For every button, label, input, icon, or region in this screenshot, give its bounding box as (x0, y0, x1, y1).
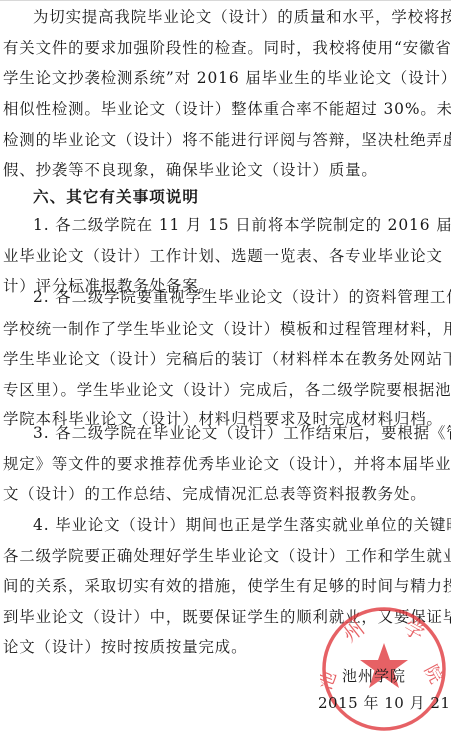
item-3-line: 3. 各二级学院在毕业论文（设计）工作结束后，要根据《管理 (33, 421, 449, 445)
item-3-line: 文（设计）的工作总结、完成情况汇总表等资料报教务处。 (3, 482, 449, 506)
svg-text:池: 池 (320, 669, 341, 693)
paragraph-line: 假、抄袭等不良现象，确保毕业论文（设计）质量。 (3, 158, 449, 182)
item-2-line: 专区里）。学生毕业论文（设计）完成后，各二级学院要根据池州 (3, 378, 449, 402)
section-heading: 六、其它有关事项说明 (33, 184, 199, 210)
paragraph-line: 为切实提高我院毕业论文（设计）的质量和水平，学校将按照 (33, 5, 449, 29)
item-4-line: 间的关系，采取切实有效的措施，使学生有足够的时间与精力投入 (3, 574, 449, 598)
signature-unit: 池州学院 (342, 665, 406, 687)
paragraph-line: 学生论文抄袭检测系统”对 2016 届毕业生的毕业论文（设计）进行 (3, 66, 449, 90)
svg-text:州: 州 (338, 616, 369, 647)
item-1-line: 1. 各二级学院在 11 月 15 日前将本学院制定的 2016 届本科专 (33, 213, 449, 237)
item-4-line: 各二级学院要正确处理好学生毕业论文（设计）工作和学生就业之 (3, 544, 449, 568)
item-3-line: 规定》等文件的要求推荐优秀毕业论文（设计），并将本届毕业论 (3, 452, 449, 476)
item-2-line: 2. 各二级学院要重视学生毕业论文（设计）的资料管理工作。 (33, 285, 449, 309)
item-2-line: 学校统一制作了学生毕业论文（设计）模板和过程管理材料，用于 (3, 317, 449, 341)
paragraph-line: 相似性检测。毕业论文（设计）整体重合率不能超过 30%。未通过 (3, 97, 449, 121)
paragraph-line: 有关文件的要求加强阶段性的检查。同时，我校将使用“安徽省大 (3, 36, 449, 60)
paragraph-line: 检测的毕业论文（设计）将不能进行评阅与答辩，坚决杜绝弄虚作 (3, 128, 449, 152)
signature-date: 2015 年 10 月 21 日 (318, 692, 451, 714)
item-2-line: 学生毕业论文（设计）完稿后的装订（材料样本在教务处网站下载 (3, 347, 449, 371)
svg-text:学: 学 (400, 615, 429, 646)
item-1-line: 业毕业论文（设计）工作计划、选题一览表、各专业毕业论文（设 (3, 244, 449, 268)
item-4-line: 4. 毕业论文（设计）期间也正是学生落实就业单位的关键时期， (33, 513, 449, 537)
